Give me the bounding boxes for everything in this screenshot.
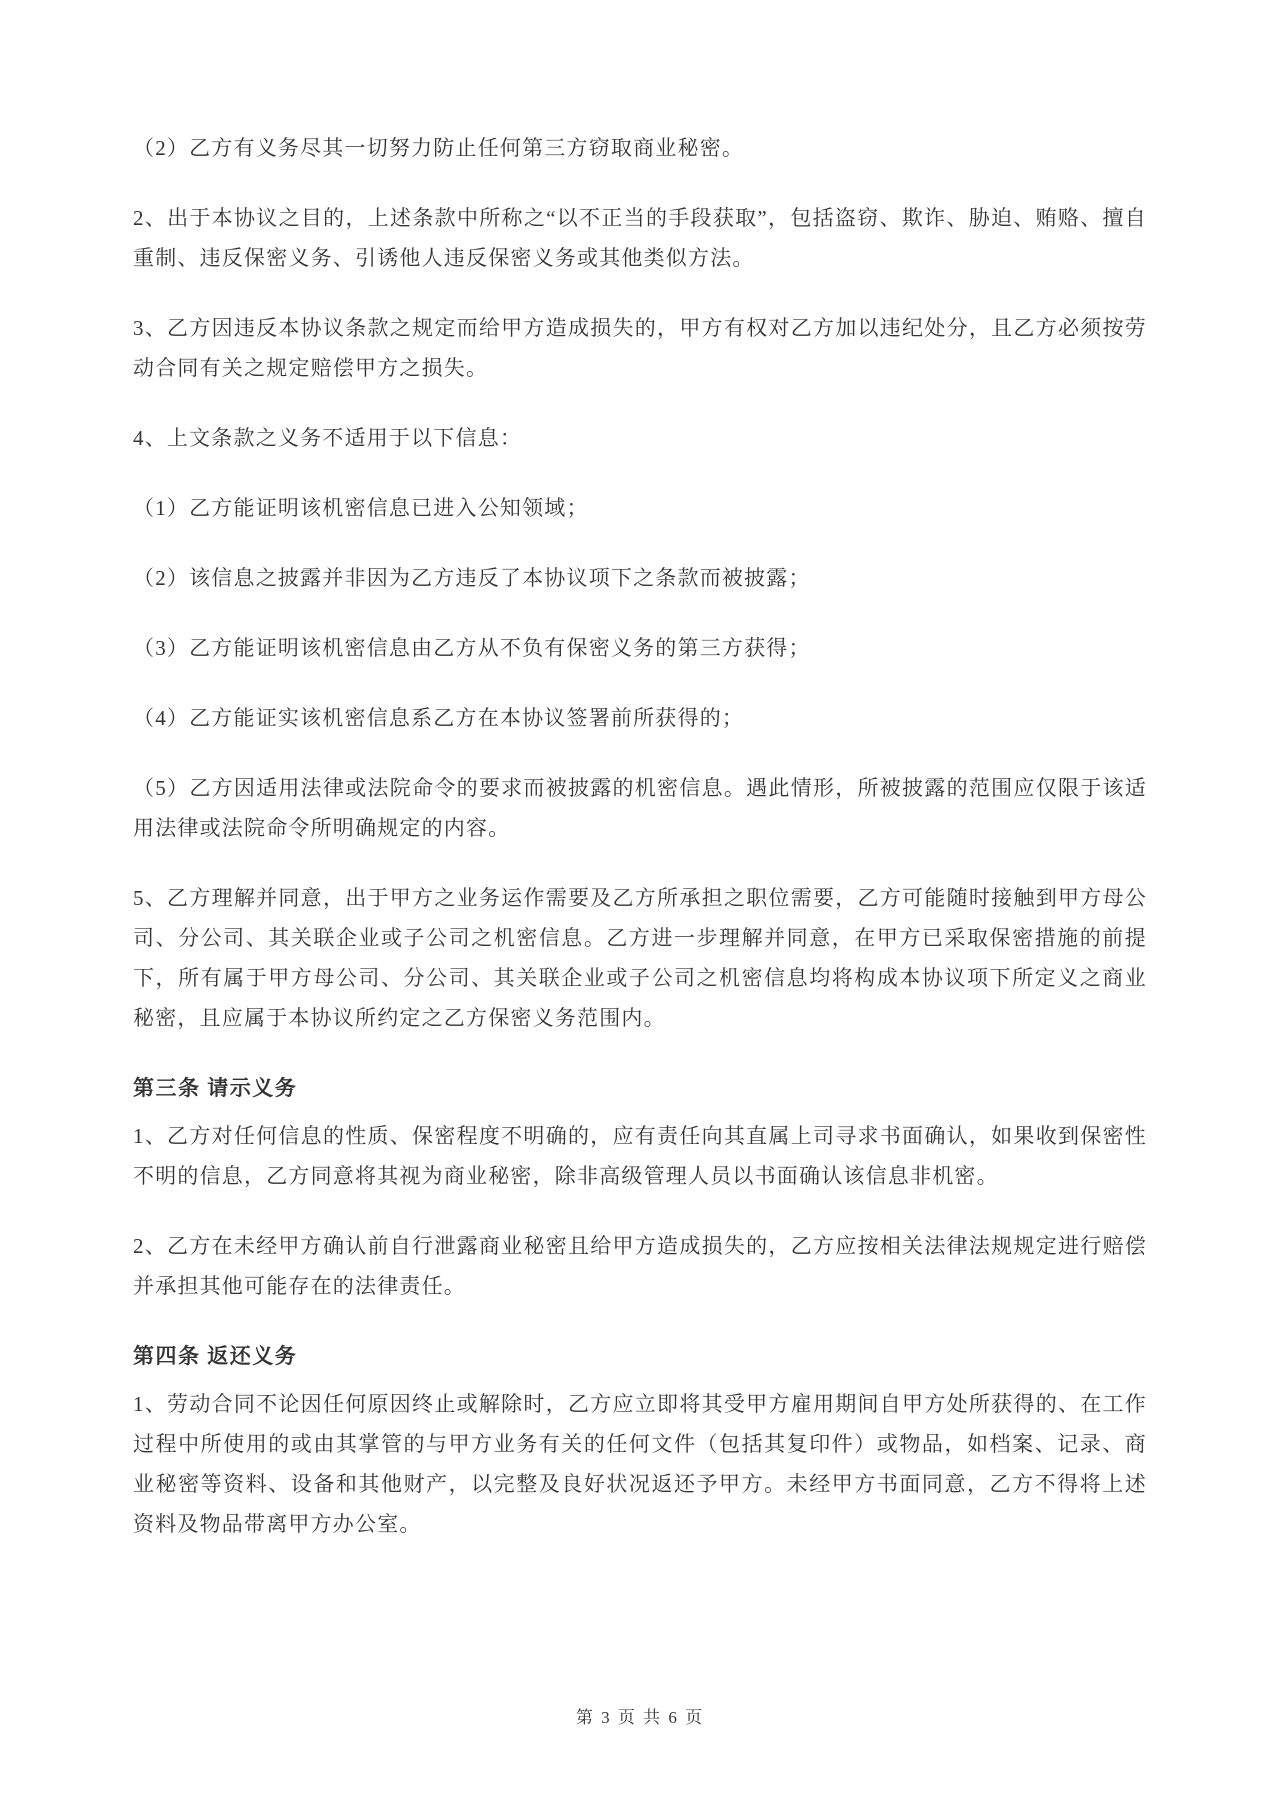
clause-2-item-4-sub-3: （3）乙方能证明该机密信息由乙方从不负有保密义务的第三方获得；: [133, 628, 1147, 668]
page-number: 第 3 页 共 6 页: [0, 1703, 1280, 1728]
clause-2-sub-item: （2）乙方有义务尽其一切努力防止任何第三方窃取商业秘密。: [133, 128, 1147, 168]
clause-2-item-5: 5、乙方理解并同意，出于甲方之业务运作需要及乙方所承担之职位需要，乙方可能随时接…: [133, 878, 1147, 1038]
clause-2-item-4-sub-4: （4）乙方能证实该机密信息系乙方在本协议签署前所获得的；: [133, 698, 1147, 738]
clause-2-item-2: 2、出于本协议之目的，上述条款中所称之“以不正当的手段获取”，包括盗窃、欺诈、胁…: [133, 198, 1147, 278]
section-3-heading: 第三条 请示义务: [133, 1068, 1147, 1108]
clause-4-item-1: 1、劳动合同不论因任何原因终止或解除时，乙方应立即将其受甲方雇用期间自甲方处所获…: [133, 1384, 1147, 1544]
clause-3-item-2: 2、乙方在未经甲方确认前自行泄露商业秘密且给甲方造成损失的，乙方应按相关法律法规…: [133, 1226, 1147, 1306]
document-page: （2）乙方有义务尽其一切努力防止任何第三方窃取商业秘密。 2、出于本协议之目的，…: [0, 0, 1280, 1810]
clause-2-item-4-sub-5: （5）乙方因适用法律或法院命令的要求而被披露的机密信息。遇此情形，所被披露的范围…: [133, 768, 1147, 848]
section-4-heading: 第四条 返还义务: [133, 1336, 1147, 1376]
document-content: （2）乙方有义务尽其一切努力防止任何第三方窃取商业秘密。 2、出于本协议之目的，…: [133, 128, 1147, 1574]
clause-2-item-4-sub-2: （2）该信息之披露并非因为乙方违反了本协议项下之条款而被披露；: [133, 558, 1147, 598]
clause-2-item-4-sub-1: （1）乙方能证明该机密信息已进入公知领域；: [133, 488, 1147, 528]
clause-2-item-4: 4、上文条款之义务不适用于以下信息：: [133, 418, 1147, 458]
clause-2-item-3: 3、乙方因违反本协议条款之规定而给甲方造成损失的，甲方有权对乙方加以违纪处分，且…: [133, 308, 1147, 388]
clause-3-item-1: 1、乙方对任何信息的性质、保密程度不明确的，应有责任向其直属上司寻求书面确认，如…: [133, 1116, 1147, 1196]
